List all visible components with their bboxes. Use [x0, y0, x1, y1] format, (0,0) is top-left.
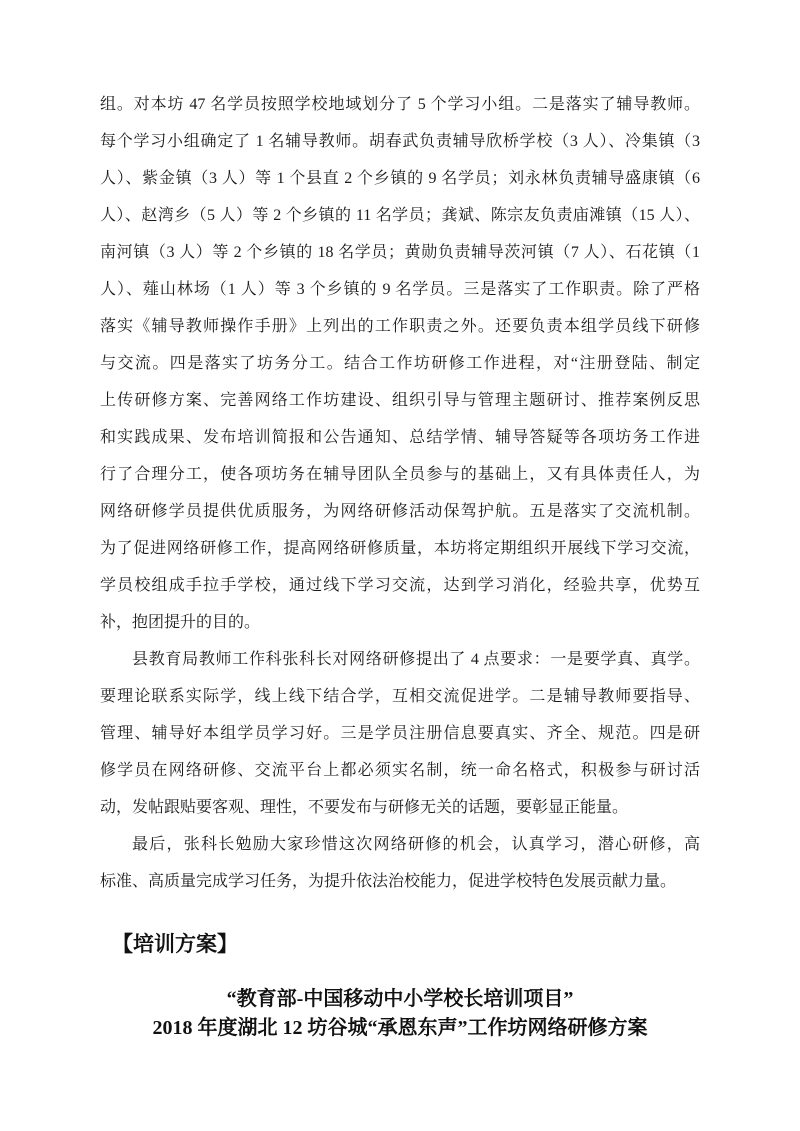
text-line: 补，抱团提升的目的。: [100, 604, 700, 641]
text-line: 上传研修方案、完善网络工作坊建设、组织引导与管理主题研讨、推荐案例反思: [100, 382, 700, 419]
text-line: 要理论联系实际学，线上线下结合学，互相交流促进学。二是辅导教师要指导、: [100, 678, 700, 715]
paragraph-group-arrangements: 组。对本坊 47 名学员按照学校地域划分了 5 个学习小组。二是落实了辅导教师。…: [100, 86, 700, 641]
text-line: 南河镇（3 人）等 2 个乡镇的 18 名学员；黄勋负责辅导茨河镇（7 人）、石…: [100, 234, 700, 271]
text-line: 修学员在网络研修、交流平台上都必须实名制，统一命名格式，积极参与研讨活: [100, 752, 700, 789]
text-line: 人）、赵湾乡（5 人）等 2 个乡镇的 11 名学员；龚斌、陈宗友负责庙滩镇（1…: [100, 197, 700, 234]
text-line: 最后，张科长勉励大家珍惜这次网络研修的机会，认真学习，潜心研修，高: [100, 826, 700, 863]
text-line: 组。对本坊 47 名学员按照学校地域划分了 5 个学习小组。二是落实了辅导教师。: [100, 86, 700, 123]
text-line: 动，发帖跟贴要客观、理性，不要发布与研修无关的话题，要彰显正能量。: [100, 789, 700, 826]
text-line: 为了促进网络研修工作，提高网络研修质量，本坊将定期组织开展线下学习交流，: [100, 530, 700, 567]
text-line: 学员校组成手拉手学校，通过线下学习交流，达到学习消化，经验共享，优势互: [100, 567, 700, 604]
section-heading: 【培训方案】: [112, 928, 238, 962]
text-line: 和实践成果、发布培训简报和公告通知、总结学情、辅导答疑等各项坊务工作进: [100, 419, 700, 456]
document-page: 组。对本坊 47 名学员按照学校地域划分了 5 个学习小组。二是落实了辅导教师。…: [0, 0, 800, 1131]
paragraph-closing: 最后，张科长勉励大家珍惜这次网络研修的机会，认真学习，潜心研修，高标准、高质量完…: [100, 826, 700, 900]
document-title: “教育部-中国移动中小学校长培训项目” 2018 年度湖北 12 坊谷城“承恩东…: [100, 985, 700, 1043]
text-line: 标准、高质量完成学习任务，为提升依法治校能力，促进学校特色发展贡献力量。: [100, 863, 700, 900]
text-line: 县教育局教师工作科张科长对网络研修提出了 4 点要求：一是要学真、真学。: [100, 641, 700, 678]
title-line-2: 2018 年度湖北 12 坊谷城“承恩东声”工作坊网络研修方案: [100, 1014, 700, 1043]
text-line: 人）、薤山林场（1 人）等 3 个乡镇的 9 名学员。三是落实了工作职责。除了严…: [100, 271, 700, 308]
document-body: 组。对本坊 47 名学员按照学校地域划分了 5 个学习小组。二是落实了辅导教师。…: [100, 86, 700, 900]
text-line: 管理、辅导好本组学员学习好。三是学员注册信息要真实、齐全、规范。四是研: [100, 715, 700, 752]
paragraph-requirements: 县教育局教师工作科张科长对网络研修提出了 4 点要求：一是要学真、真学。要理论联…: [100, 641, 700, 826]
text-line: 每个学习小组确定了 1 名辅导教师。胡春武负责辅导欣桥学校（3 人）、冷集镇（3: [100, 123, 700, 160]
text-line: 与交流。四是落实了坊务分工。结合工作坊研修工作进程，对“注册登陆、制定: [100, 345, 700, 382]
text-line: 落实《辅导教师操作手册》上列出的工作职责之外。还要负责本组学员线下研修: [100, 308, 700, 345]
text-line: 行了合理分工，使各项坊务在辅导团队全员参与的基础上，又有具体责任人，为: [100, 456, 700, 493]
title-line-1: “教育部-中国移动中小学校长培训项目”: [100, 985, 700, 1014]
text-line: 网络研修学员提供优质服务，为网络研修活动保驾护航。五是落实了交流机制。: [100, 493, 700, 530]
text-line: 人）、紫金镇（3 人）等 1 个县直 2 个乡镇的 9 名学员；刘永林负责辅导盛…: [100, 160, 700, 197]
